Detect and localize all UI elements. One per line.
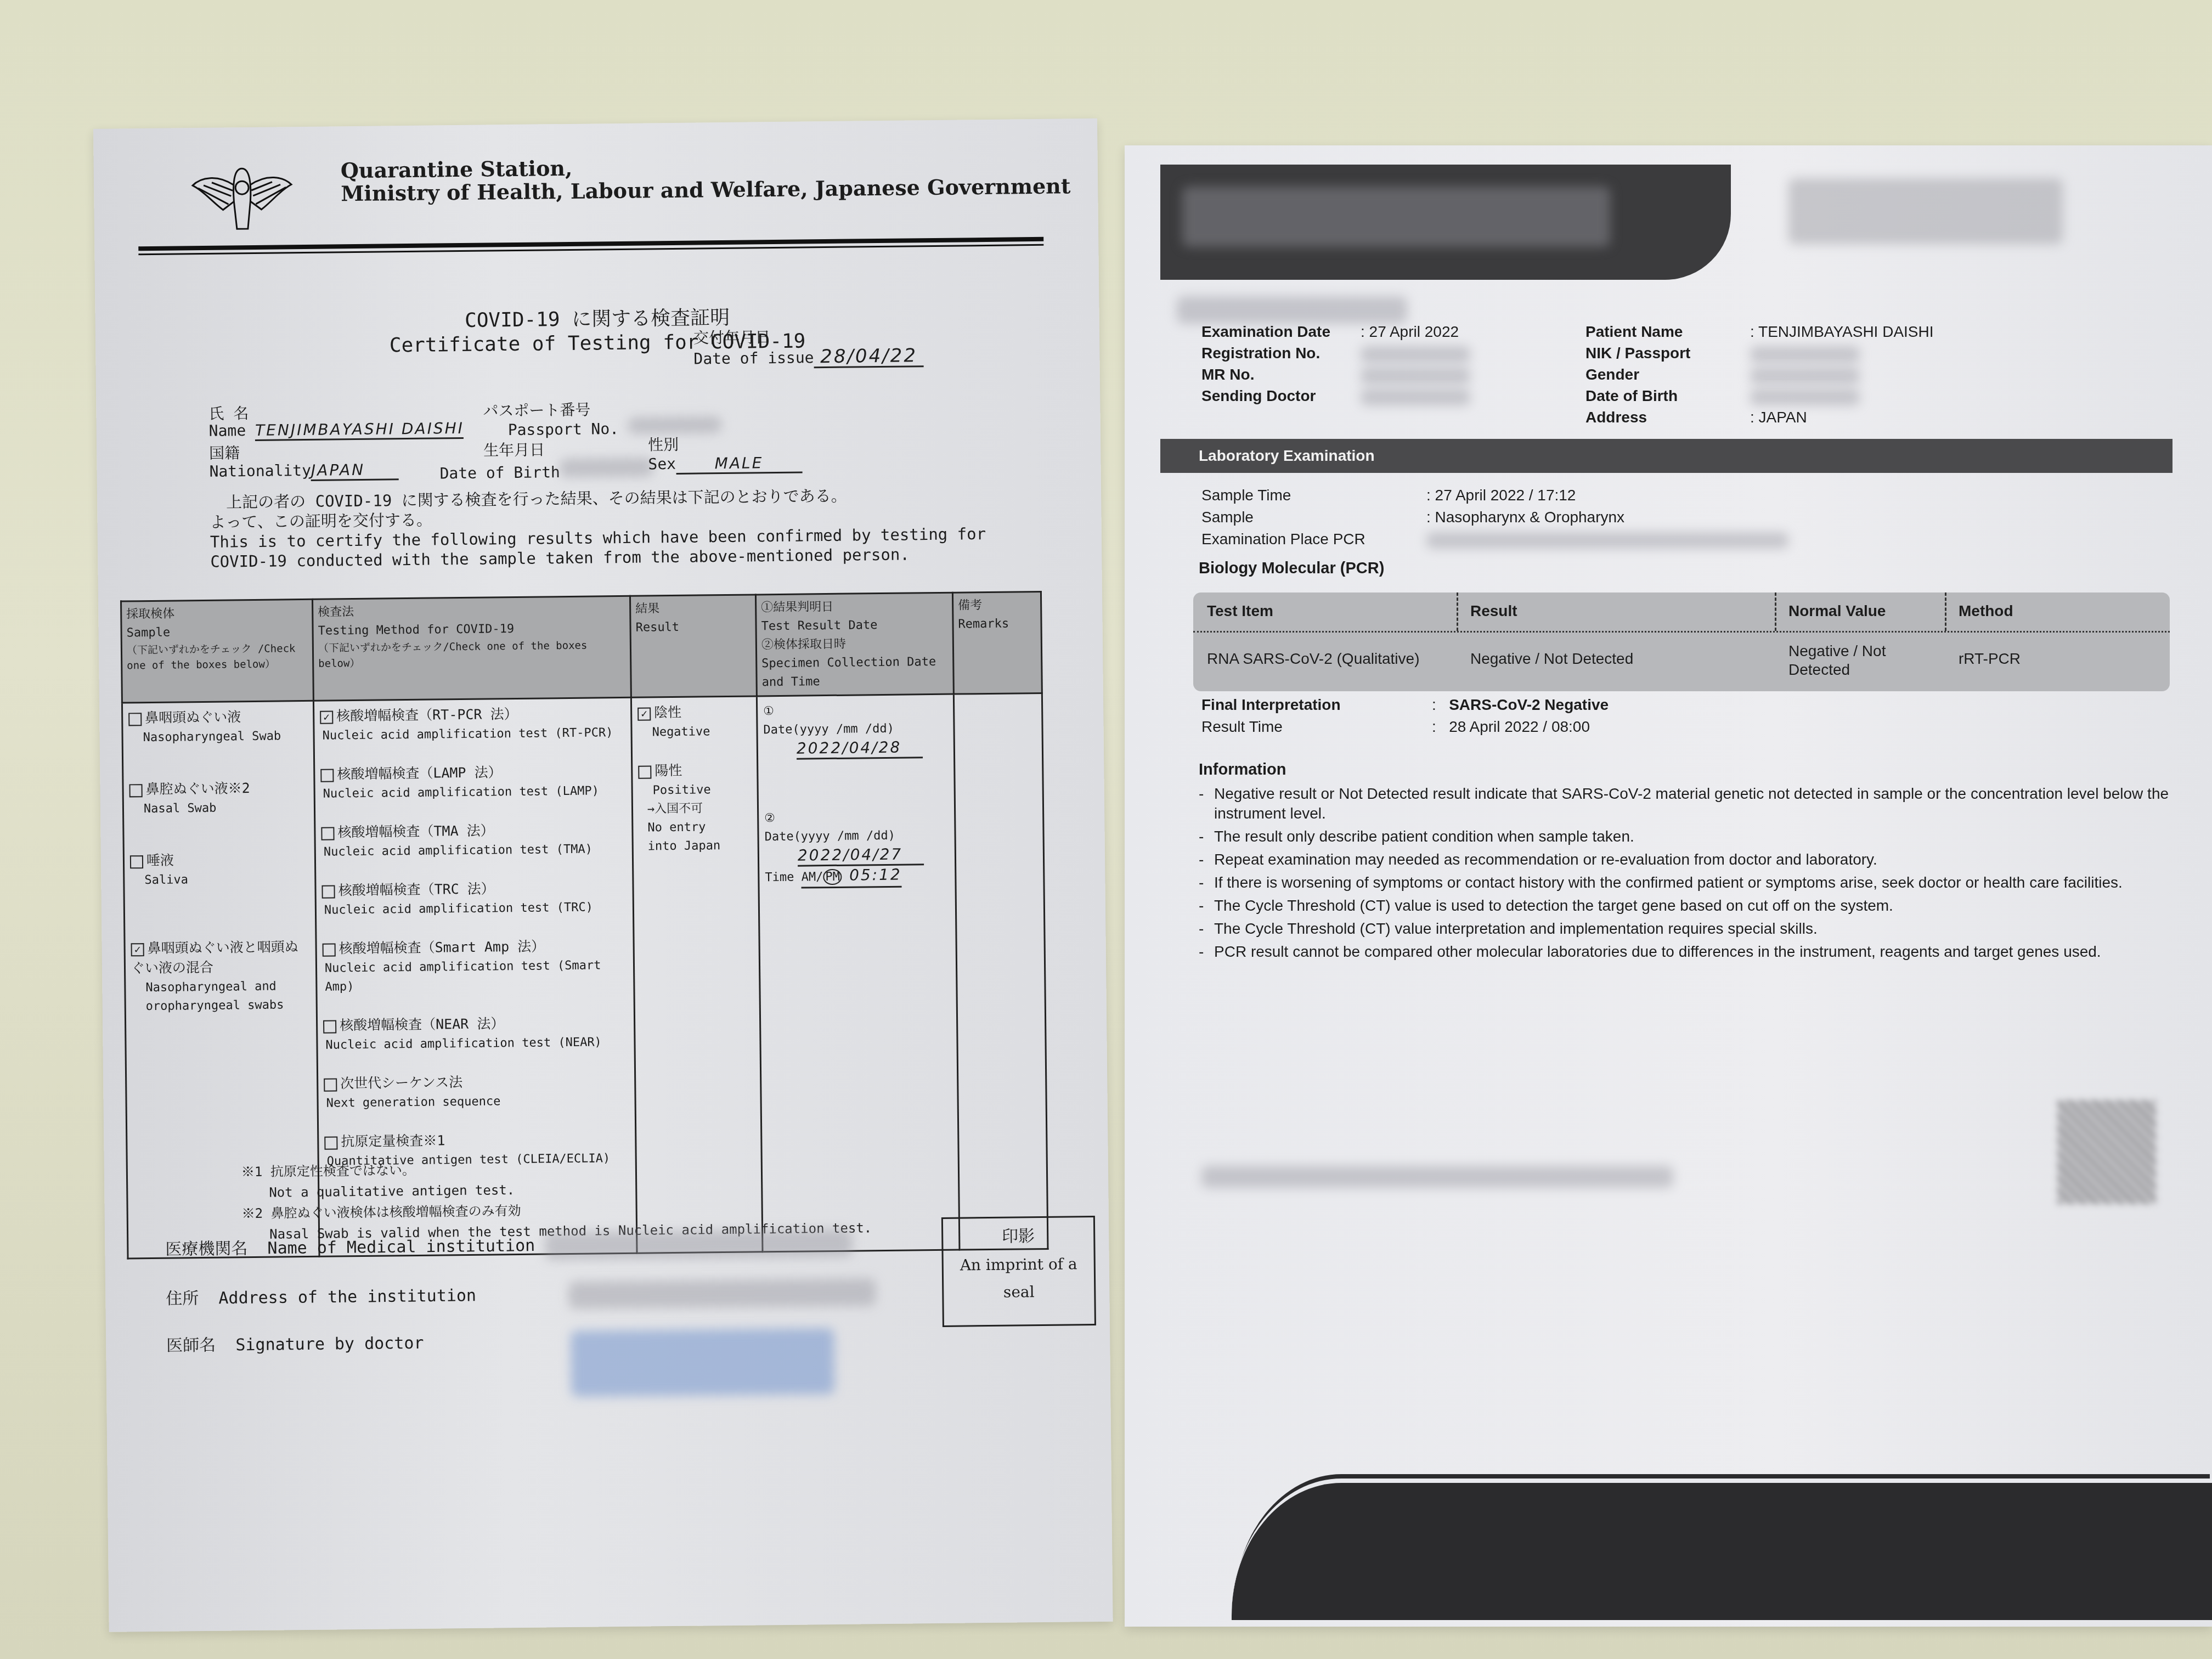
checkbox-icon — [324, 1136, 337, 1149]
info-row: Sending Doctor — [1201, 385, 1470, 407]
checkbox-icon — [638, 765, 651, 778]
passport-redacted — [628, 416, 721, 434]
redacted-value — [1750, 389, 1860, 405]
col-sample: 採取検体 Sample （下記いずれかをチェック /Check one of t… — [121, 599, 314, 703]
col-dates: ①結果判明日 Test Result Date ②検体採取日時 Specimen… — [755, 592, 953, 696]
seal-box: 印影 An imprint of a seal — [941, 1216, 1096, 1327]
method-option: 核酸増幅検査（Smart Amp 法）Nucleic acid amplific… — [322, 936, 628, 997]
subsection-title: Biology Molecular (PCR) — [1199, 560, 1384, 578]
checkbox-icon — [321, 885, 335, 898]
certificate-title: COVID-19 に関する検査証明 Certificate of Testing… — [95, 302, 1100, 361]
checked-box-icon: ✓ — [131, 943, 144, 956]
japan-quarantine-certificate: Quarantine Station, Ministry of Health, … — [93, 119, 1113, 1632]
info-row: Address: JAPAN — [1585, 407, 1934, 428]
results-header-row: Test Item Result Normal Value Method — [1193, 592, 2170, 633]
redacted-value — [1361, 368, 1470, 384]
redacted-value — [1426, 532, 1788, 549]
patient-info-left: Examination Date: 27 April 2022Registrat… — [1201, 321, 1470, 407]
institution-address-redacted — [568, 1278, 876, 1309]
checkbox-icon — [130, 855, 143, 868]
info-item: If there is worsening of symptoms or con… — [1199, 873, 2175, 893]
sample-details: Sample Time: 27 April 2022 / 17:12Sample… — [1201, 484, 1788, 550]
info-row: MR No. — [1201, 364, 1470, 385]
name-value: TENJIMBAYASHI DAISHI — [255, 419, 464, 441]
lab-logo-redacted — [1788, 178, 2063, 244]
footer-banner — [1232, 1479, 2212, 1620]
checkbox-icon — [128, 713, 142, 726]
final-interpretation: Final Interpretation: SARS-CoV-2 Negativ… — [1201, 694, 1609, 738]
nationality-value: JAPAN — [311, 460, 399, 481]
lab-header-banner — [1160, 165, 1731, 280]
checkbox-icon — [323, 1020, 336, 1033]
information-list: Negative result or Not Detected result i… — [1199, 784, 2175, 962]
checked-box-icon: ✓ — [320, 710, 333, 724]
col-remarks: 備考 Remarks — [952, 591, 1042, 694]
method-option: 次世代シーケンス法Next generation sequence — [324, 1071, 629, 1113]
checkbox-icon — [321, 827, 334, 840]
checkbox-icon — [320, 769, 334, 782]
info-row: NIK / Passport — [1585, 342, 1934, 364]
info-item: Negative result or Not Detected result i… — [1199, 784, 2175, 823]
sample-option: ✓鼻咽頭ぬぐい液と咽頭ぬぐい液の混合Nasopharyngeal and oro… — [131, 938, 310, 1016]
method-option: 核酸増幅検査（LAMP 法）Nucleic acid amplification… — [320, 762, 626, 804]
footer-text-redacted — [1201, 1166, 1673, 1188]
info-row: Examination Date: 27 April 2022 — [1201, 321, 1470, 342]
information-section: Information Negative result or Not Detec… — [1199, 760, 2175, 965]
method-option: ✓核酸増幅検査（RT-PCR 法）Nucleic acid amplificat… — [320, 704, 625, 746]
remarks-cell — [953, 693, 1048, 1250]
info-row: Date of Birth — [1585, 385, 1934, 407]
sample-option: 鼻腔ぬぐい液※2Nasal Swab — [129, 778, 308, 819]
result-option: 陽性Positive→入国不可No entry into Japan — [638, 761, 752, 856]
method-option: 核酸増幅検査（TMA 法）Nucleic acid amplification … — [321, 820, 627, 862]
certification-statement: 上記の者の COVID-19 に関する検査を行った結果、その結果は下記のとおりで… — [210, 484, 1033, 572]
checkbox-icon — [324, 1078, 337, 1091]
redacted-value — [1750, 346, 1860, 363]
redacted-value — [1750, 368, 1860, 384]
info-row: Gender — [1585, 364, 1934, 385]
redacted-value — [1361, 389, 1470, 405]
info-item: Repeat examination may needed as recomme… — [1199, 850, 2175, 870]
pcr-lab-report: Examination Date: 27 April 2022Registrat… — [1125, 145, 2212, 1627]
sex-value: MALE — [676, 454, 802, 475]
collection-time: 05:12 — [849, 866, 902, 884]
section-laboratory-examination: Laboratory Examination — [1160, 439, 2172, 473]
sample-option: 唾液Saliva — [130, 850, 309, 890]
date-of-issue-value: 28/04/22 — [814, 346, 923, 368]
lab-row: Sample Time: 27 April 2022 / 17:12 — [1201, 484, 1788, 506]
doctor-signature-redacted — [571, 1328, 834, 1397]
subheader-redacted — [1177, 296, 1407, 324]
info-row: Registration No. — [1201, 342, 1470, 364]
col-method: 検査法 Testing Method for COVID-19 （下記いずれかを… — [313, 596, 631, 701]
issuing-organization: Quarantine Station, Ministry of Health, … — [341, 151, 1071, 205]
info-item: The Cycle Threshold (CT) value interpret… — [1199, 919, 2175, 939]
pcr-results-table: Test Item Result Normal Value Method RNA… — [1193, 592, 2170, 691]
info-row: Patient Name: TENJIMBAYASHI DAISHI — [1585, 321, 1934, 342]
date-of-issue: 交付年月日 Date of issue28/04/22 — [693, 326, 924, 369]
checkbox-icon — [129, 784, 143, 797]
dob-redacted — [560, 458, 653, 477]
method-option: 核酸増幅検査（TRC 法）Nucleic acid amplification … — [321, 878, 627, 920]
redacted-value — [1361, 346, 1470, 363]
info-item: The Cycle Threshold (CT) value is used t… — [1199, 896, 2175, 916]
info-item: The result only describe patient conditi… — [1199, 827, 2175, 847]
info-item: PCR result cannot be compared other mole… — [1199, 942, 2175, 962]
lab-row: Sample: Nasopharynx & Oropharynx — [1201, 506, 1788, 528]
patient-info-right: Patient Name: TENJIMBAYASHI DAISHINIK / … — [1585, 321, 1934, 428]
collection-date: 2022/04/27 — [798, 845, 924, 866]
institution-block: 医療機関名 Name of Medical institution 住所 Add… — [165, 1229, 877, 1385]
institution-name-redacted — [545, 1229, 852, 1260]
checkbox-icon — [323, 943, 336, 956]
sample-option: 鼻咽頭ぬぐい液Nasopharyngeal Swab — [128, 707, 308, 747]
lab-row: Examination Place PCR — [1201, 528, 1788, 550]
test-result-date: 2022/04/28 — [797, 738, 923, 759]
lab-name-redacted — [1182, 187, 1610, 247]
qr-code-redacted — [2057, 1100, 2156, 1204]
col-result: 結果 Result — [630, 595, 757, 697]
method-option: 核酸増幅検査（NEAR 法）Nucleic acid amplification… — [323, 1013, 629, 1055]
checked-box-icon: ✓ — [637, 707, 651, 720]
pm-circled: PM — [823, 869, 842, 885]
quarantine-emblem-icon — [190, 162, 295, 235]
result-option: ✓陰性Negative — [637, 703, 751, 742]
